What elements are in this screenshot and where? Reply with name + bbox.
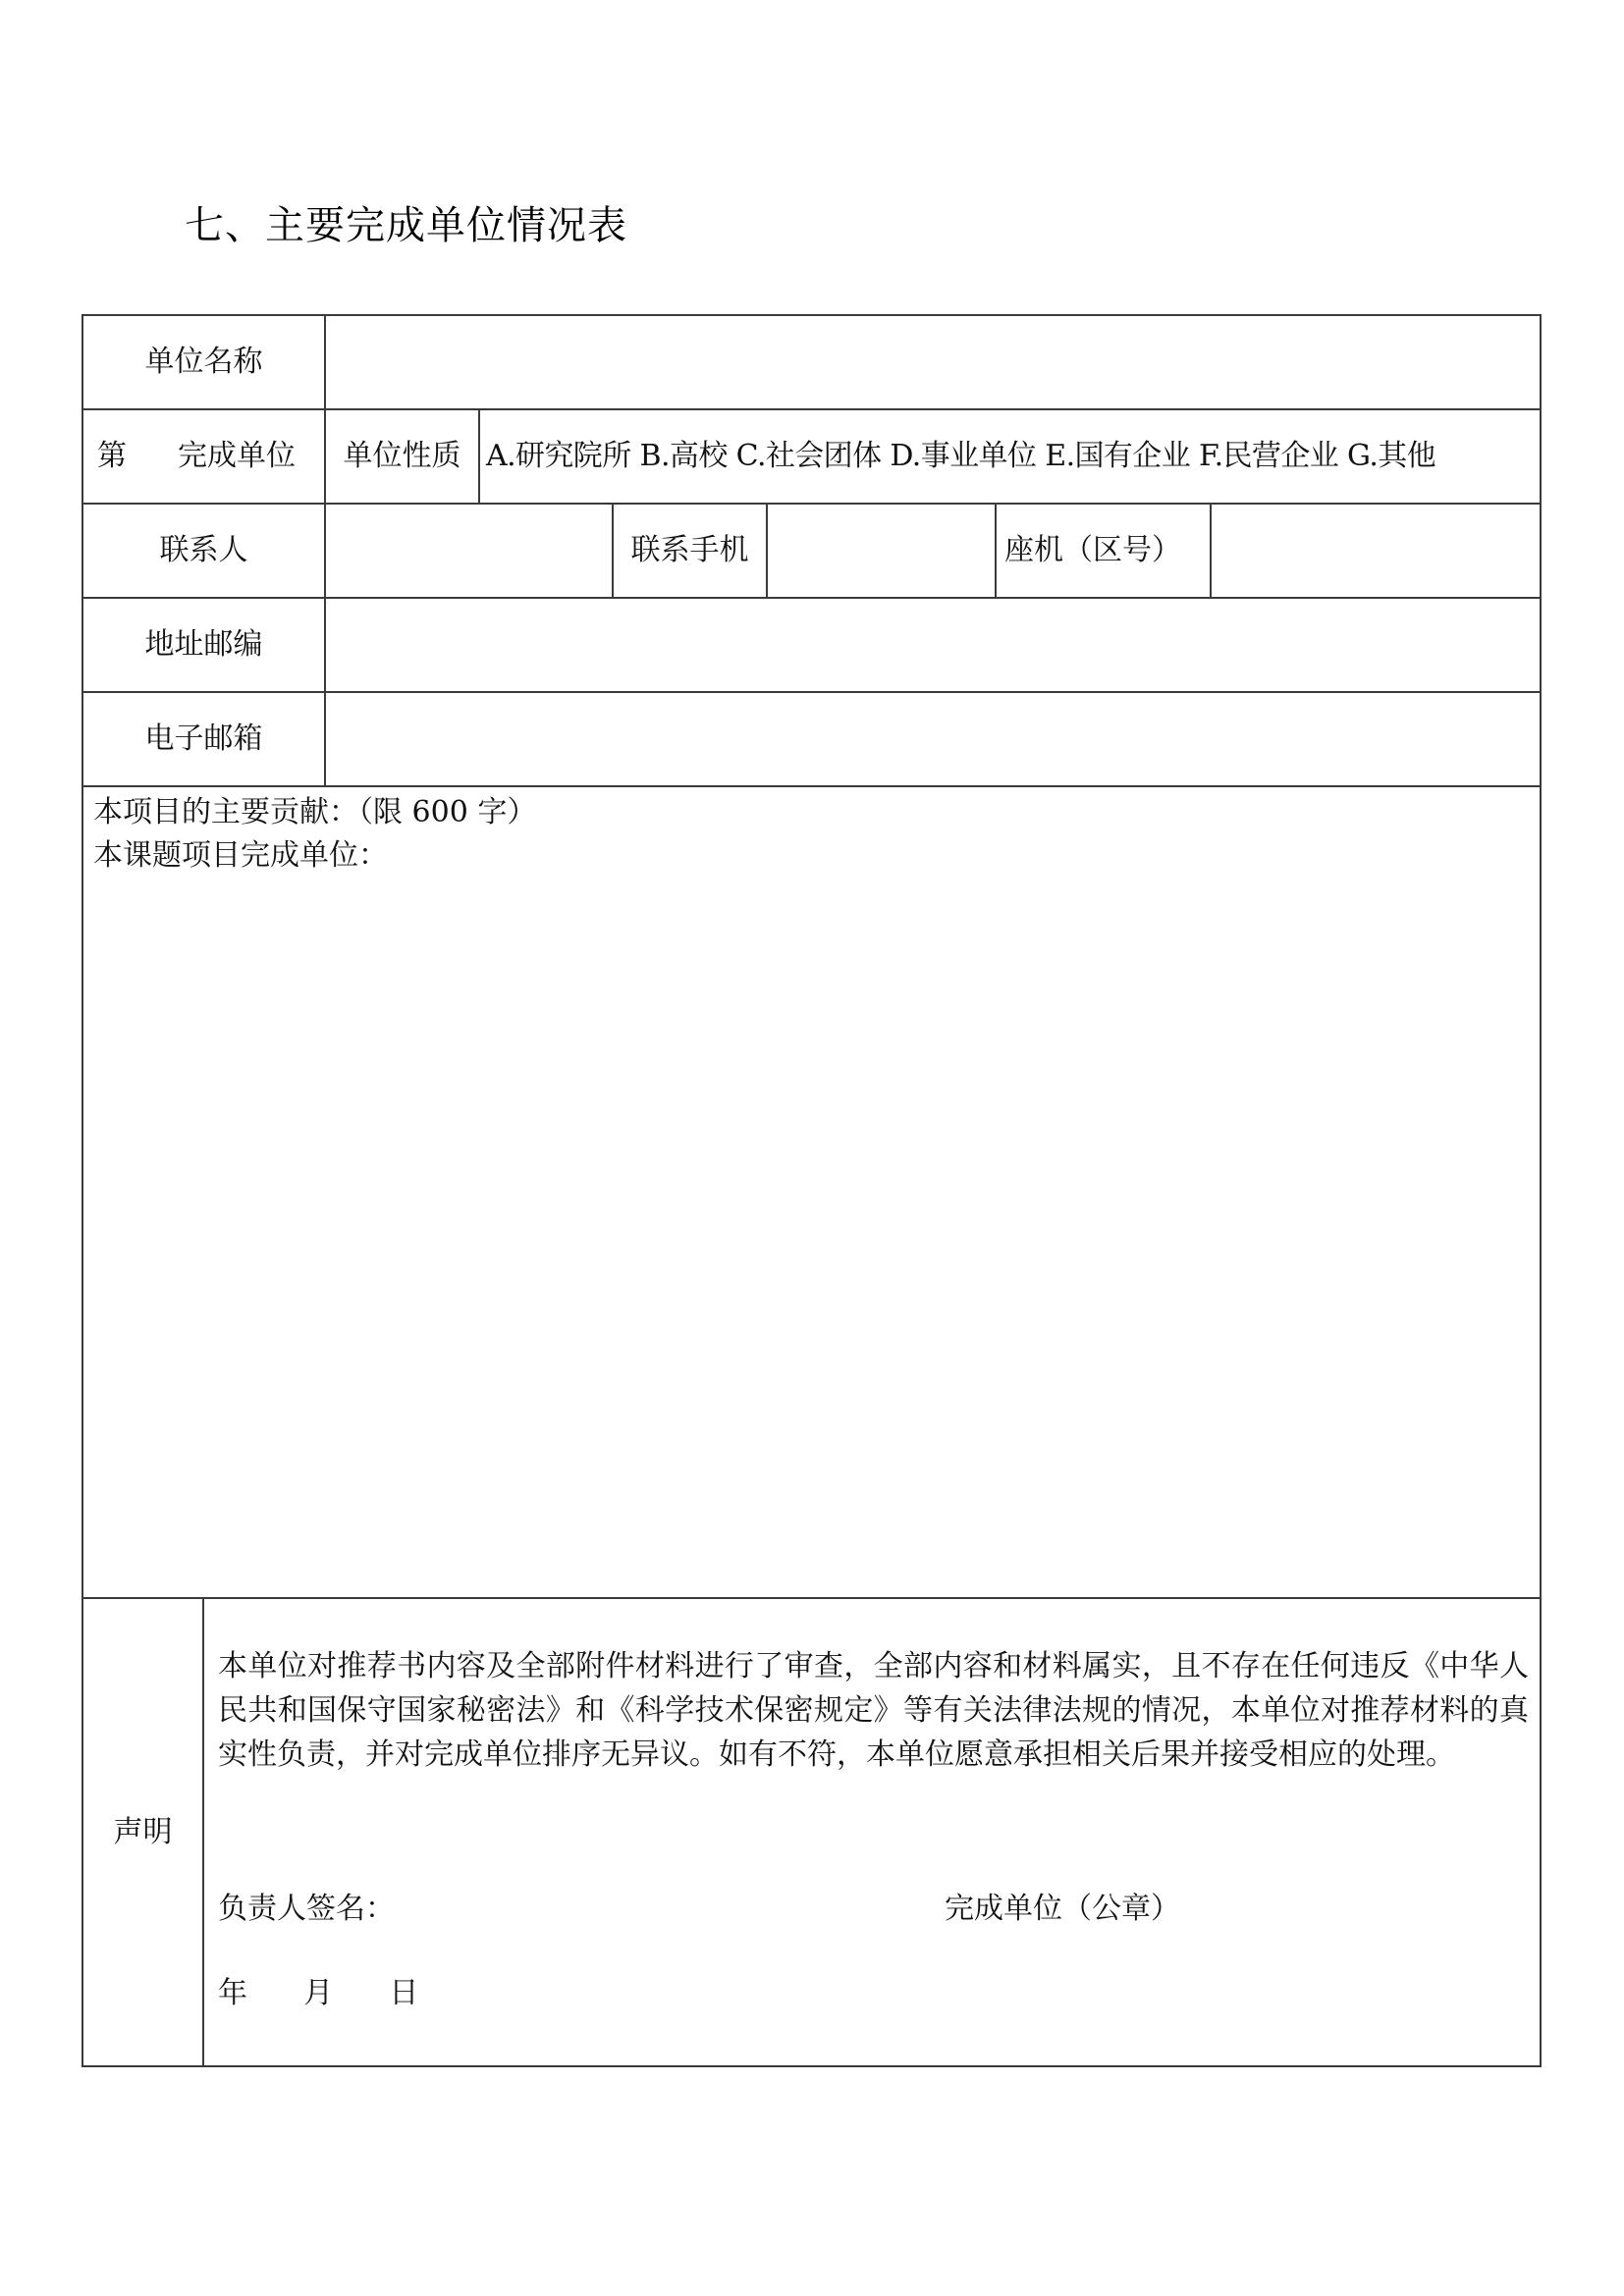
unit-name-field[interactable] bbox=[326, 316, 1540, 408]
email-field[interactable] bbox=[326, 693, 1540, 785]
contact-person-label: 联系人 bbox=[83, 505, 324, 597]
landline-label-text: 座机（区号） bbox=[1004, 533, 1181, 568]
unit-info-table: 单位名称 第 完成单位 单位性质 A.研究院所 B.高校 C.社会团体 D.事业… bbox=[81, 314, 1542, 2067]
declaration-body: 本单位对推荐书内容及全部附件材料进行了审查，全部内容和材料属实，且不存在任何违反… bbox=[204, 1599, 1540, 2065]
landline-field[interactable] bbox=[1212, 505, 1540, 597]
contribution-heading: 本项目的主要贡献：（限 600 字） bbox=[93, 791, 536, 834]
rank-suffix: 完成单位 bbox=[178, 439, 296, 474]
address-field[interactable] bbox=[326, 599, 1540, 691]
completion-rank-label: 第 完成单位 bbox=[83, 410, 324, 503]
rank-prefix: 第 bbox=[97, 439, 127, 474]
contact-person-label-text: 联系人 bbox=[160, 533, 248, 568]
contribution-section[interactable]: 本项目的主要贡献：（限 600 字） 本课题项目完成单位： bbox=[83, 787, 1540, 1597]
address-label-text: 地址邮编 bbox=[145, 627, 263, 663]
unit-name-label: 单位名称 bbox=[83, 316, 324, 408]
mobile-label: 联系手机 bbox=[614, 505, 766, 597]
seal-label: 完成单位（公章） bbox=[945, 1892, 1180, 1927]
landline-label: 座机（区号） bbox=[997, 505, 1210, 597]
declaration-text: 本单位对推荐书内容及全部附件材料进行了审查，全部内容和材料属实，且不存在任何违反… bbox=[218, 1644, 1529, 1777]
address-label: 地址邮编 bbox=[83, 599, 324, 691]
unit-name-label-text: 单位名称 bbox=[145, 345, 263, 380]
unit-nature-label: 单位性质 bbox=[326, 410, 478, 503]
unit-nature-options[interactable]: A.研究院所 B.高校 C.社会团体 D.事业单位 E.国有企业 F.民营企业 … bbox=[480, 410, 1540, 503]
contact-person-field[interactable] bbox=[326, 505, 612, 597]
contribution-subheading: 本课题项目完成单位： bbox=[93, 834, 536, 878]
signature-label: 负责人签名： bbox=[218, 1892, 395, 1927]
contribution-text: 本项目的主要贡献：（限 600 字） 本课题项目完成单位： bbox=[93, 791, 536, 878]
unit-nature-options-text[interactable]: A.研究院所 B.高校 C.社会团体 D.事业单位 E.国有企业 F.民营企业 … bbox=[486, 439, 1435, 474]
date-label[interactable]: 年 月 日 bbox=[218, 1976, 418, 2011]
declaration-label-text: 声明 bbox=[114, 1815, 173, 1850]
unit-nature-label-text: 单位性质 bbox=[344, 439, 461, 474]
page-title: 七、主要完成单位情况表 bbox=[185, 202, 627, 249]
email-label-text: 电子邮箱 bbox=[145, 721, 263, 757]
mobile-field[interactable] bbox=[768, 505, 995, 597]
email-label: 电子邮箱 bbox=[83, 693, 324, 785]
declaration-label: 声明 bbox=[83, 1599, 202, 2065]
mobile-label-text: 联系手机 bbox=[631, 533, 749, 568]
